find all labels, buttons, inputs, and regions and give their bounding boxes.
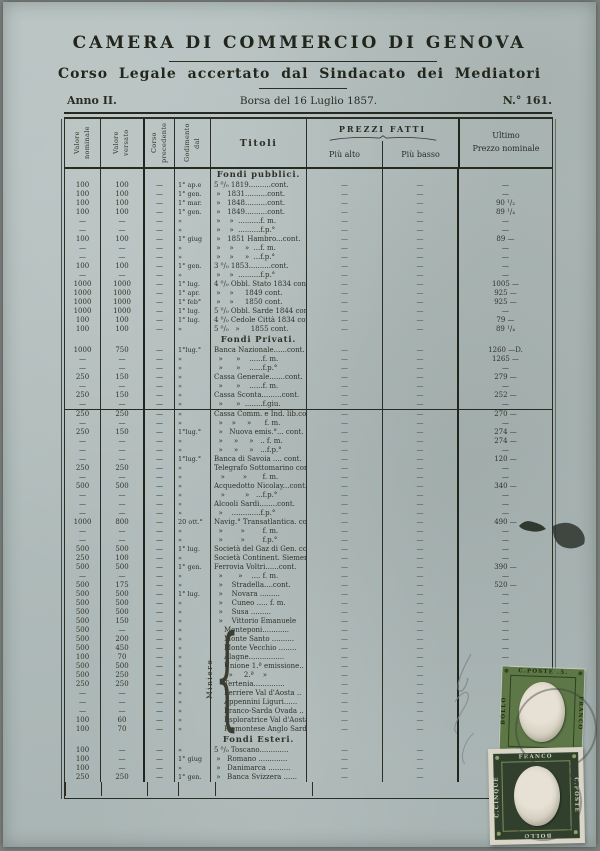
table-row: 100100—1° giug » 1851 Hambro...cont.——89… xyxy=(65,235,552,244)
cell-valore-versato: 100 xyxy=(101,190,145,199)
cell-ultimo: 252 — xyxy=(459,391,552,400)
table-row: 250250—»Telegrafo Sottomarino cont.——— xyxy=(65,464,552,473)
cell-titolo: Acquedotto Nicolay...cont. xyxy=(211,482,307,491)
table-row: 100100—1° ap.e5 ⁰/₀ 1819..........cont.—… xyxy=(65,181,552,190)
cell-godimento: 1° ap.e xyxy=(175,181,211,190)
cell-piu-basso: — xyxy=(383,716,459,725)
cell-valore-versato: — xyxy=(101,446,145,455)
cell-piu-alto: — xyxy=(307,190,383,199)
cell-godimento: » xyxy=(175,581,211,590)
cell-valore-versato: 1000 xyxy=(101,280,145,289)
cell-valore-versato: — xyxy=(101,707,145,716)
cell-ultimo: — xyxy=(459,253,552,262)
cell-valore-nominale: 100 xyxy=(65,755,101,764)
cell-corso-precedente: — xyxy=(145,554,175,563)
cell-titolo: Piemontese Anglo Sarda xyxy=(211,725,307,734)
cell-valore-versato: — xyxy=(101,500,145,509)
cell-titolo: » » » .. f. m. xyxy=(211,437,307,446)
table-row: 500——»Monteponi............——— xyxy=(65,626,552,635)
stamp-bottom-inscription: BOLLO xyxy=(495,831,580,839)
cell-corso-precedente: — xyxy=(145,671,175,680)
table-row: 10070—»Alagne................——— xyxy=(65,653,552,662)
cell-valore-nominale: 100 xyxy=(65,725,101,734)
cell-valore-versato: 250 xyxy=(101,773,145,782)
cell-valore-nominale: 100 xyxy=(65,716,101,725)
cell-godimento: » xyxy=(175,244,211,253)
cell-godimento: 1° mar. xyxy=(175,199,211,208)
cell-piu-alto: — xyxy=(307,581,383,590)
cell-valore-nominale: 250 xyxy=(65,410,101,419)
cell-piu-alto: — xyxy=(307,199,383,208)
cell-titolo: » » ......f. m. xyxy=(211,355,307,364)
cell-piu-basso: — xyxy=(383,635,459,644)
table-body: Fondi pubblici.100100—1° ap.e5 ⁰/₀ 1819.… xyxy=(65,169,552,782)
cell-valore-nominale: 100 xyxy=(65,208,101,217)
cell-valore-versato: 250 xyxy=(101,464,145,473)
cell-valore-nominale: 1000 xyxy=(65,289,101,298)
page-subtitle: Corso Legale accertato dal Sindacato dei… xyxy=(3,66,596,82)
cell-piu-basso: — xyxy=(383,364,459,373)
cell-godimento: » xyxy=(175,253,211,262)
cell-godimento: » xyxy=(175,500,211,509)
col-header-label: Godimento dal xyxy=(183,121,203,165)
cell-ultimo: 1265 — xyxy=(459,355,552,364)
cell-ultimo: — xyxy=(459,599,552,608)
cell-piu-basso xyxy=(383,169,459,181)
cell-valore-versato: 750 xyxy=(101,346,145,355)
cell-valore-versato: — xyxy=(101,271,145,280)
cell-ultimo: — xyxy=(459,262,552,271)
cell-valore-nominale: — xyxy=(65,509,101,518)
table-row: 10001000—1° feb° » » 1850 cont.——925 — xyxy=(65,298,552,307)
cell-piu-basso: — xyxy=(383,689,459,698)
cell-piu-basso: — xyxy=(383,572,459,581)
cell-piu-basso: — xyxy=(383,644,459,653)
cell-valore-nominale: — xyxy=(65,455,101,464)
cell-corso-precedente: — xyxy=(145,473,175,482)
cell-titolo: Alcooli Sardi........cont. xyxy=(211,500,307,509)
cell-godimento: » xyxy=(175,226,211,235)
cell-titolo: 4 ⁰/₀ Cedole Città 1834 cont. xyxy=(211,316,307,325)
cell-piu-alto: — xyxy=(307,382,383,391)
cell-titolo: Ferrovia Voltri......cont. xyxy=(211,563,307,572)
cell-valore-nominale: — xyxy=(65,707,101,716)
cell-corso-precedente: — xyxy=(145,773,175,782)
ultimo-line2: Prezzo nominale xyxy=(472,143,539,156)
cell-titolo: » .............f.p.° xyxy=(211,509,307,518)
cell-piu-alto: — xyxy=(307,653,383,662)
cell-godimento: » xyxy=(175,527,211,536)
cell-ultimo: — xyxy=(459,590,552,599)
cell-corso-precedente: — xyxy=(145,746,175,755)
cell-godimento: 1° lug. xyxy=(175,316,211,325)
table-row: 500500—» » Susa .........——— xyxy=(65,608,552,617)
cell-valore-versato: — xyxy=(101,382,145,391)
cell-valore-versato: 100 xyxy=(101,235,145,244)
cell-ultimo: — xyxy=(459,244,552,253)
table-row: 100100—1° lug.4 ⁰/₀ Cedole Città 1834 co… xyxy=(65,316,552,325)
cell-corso-precedente: — xyxy=(145,680,175,689)
cell-valore-nominale: 100 xyxy=(65,653,101,662)
cell-valore-nominale: 250 xyxy=(65,680,101,689)
cell-ultimo: 274 — xyxy=(459,437,552,446)
cell-corso-precedente: — xyxy=(145,271,175,280)
ultimo-line1: Ultimo xyxy=(492,130,519,143)
cell-piu-basso: — xyxy=(383,253,459,262)
cell-piu-alto: — xyxy=(307,764,383,773)
cell-piu-alto: — xyxy=(307,364,383,373)
cell-ultimo: — xyxy=(459,217,552,226)
cell-titolo: » Danimarca .......... xyxy=(211,764,307,773)
cell-piu-basso: — xyxy=(383,473,459,482)
cell-valore-versato: — xyxy=(101,217,145,226)
cell-valore-nominale: — xyxy=(65,253,101,262)
cell-piu-alto xyxy=(307,169,383,181)
table-row: 250150—»Cassa Generale.......cont.——279 … xyxy=(65,373,552,382)
cell-piu-basso: — xyxy=(383,307,459,316)
cell-titolo: Cassa Sconta.........cont. xyxy=(211,391,307,400)
cell-valore-nominale: 500 xyxy=(65,626,101,635)
cell-titolo: 5 ⁰/₀ Toscano............. xyxy=(211,746,307,755)
cell-corso-precedente: — xyxy=(145,373,175,382)
cell-piu-basso: — xyxy=(383,707,459,716)
col-header-valore-nominale: Valore nominale xyxy=(65,119,101,167)
cell-piu-basso: — xyxy=(383,373,459,382)
cell-godimento: 1°lug.° xyxy=(175,428,211,437)
cell-valore-nominale: 1000 xyxy=(65,518,101,527)
cell-godimento xyxy=(175,734,211,746)
table-row: ———»Franco-Sarda Ovada ..——— xyxy=(65,707,552,716)
cell-valore-nominale: 100 xyxy=(65,235,101,244)
cell-corso-precedente: — xyxy=(145,262,175,271)
cell-piu-basso: — xyxy=(383,518,459,527)
cell-valore-versato: — xyxy=(101,491,145,500)
cell-corso-precedente: — xyxy=(145,419,175,428)
cell-valore-nominale: 1000 xyxy=(65,346,101,355)
cell-piu-basso: — xyxy=(383,382,459,391)
cell-piu-alto: — xyxy=(307,755,383,764)
cell-valore-nominale: 500 xyxy=(65,671,101,680)
cell-corso-precedente: — xyxy=(145,599,175,608)
cell-piu-alto: — xyxy=(307,680,383,689)
cell-piu-alto: — xyxy=(307,455,383,464)
cell-ultimo: — xyxy=(459,473,552,482)
col-header-titoli: Titoli xyxy=(211,119,307,167)
cell-valore-nominale: 500 xyxy=(65,644,101,653)
cell-titolo: Cassa Comm. e Ind. lib.cont. xyxy=(211,410,307,419)
cell-piu-basso: — xyxy=(383,400,459,409)
cell-godimento: » xyxy=(175,464,211,473)
cell-godimento: 20 ott.° xyxy=(175,518,211,527)
table-row: 10001000—1° lug.4 ⁰/₀ Obbl. Stato 1834 c… xyxy=(65,280,552,289)
cell-ultimo: — xyxy=(459,500,552,509)
cell-ultimo: — xyxy=(459,617,552,626)
cell-titolo: Fondi pubblici. xyxy=(211,169,307,181)
cell-piu-alto: — xyxy=(307,464,383,473)
table-row: 100——1° giug » Romano .............——— xyxy=(65,755,552,764)
cell-piu-alto: — xyxy=(307,689,383,698)
cell-piu-basso: — xyxy=(383,289,459,298)
table-row: ———»Appennini Liguri......——— xyxy=(65,698,552,707)
cell-valore-versato: 250 xyxy=(101,671,145,680)
cell-titolo: Appennini Liguri...... xyxy=(211,698,307,707)
col-header-godimento: Godimento dal xyxy=(175,119,211,167)
cell-titolo: » 1849..........cont. xyxy=(211,208,307,217)
col-header-ultimo: Ultimo Prezzo nominale xyxy=(460,119,552,167)
cell-valore-nominale: 500 xyxy=(65,563,101,572)
table-row: ———» » » f. m.——— xyxy=(65,473,552,482)
cell-piu-alto: — xyxy=(307,707,383,716)
cell-corso-precedente: — xyxy=(145,400,175,409)
table-row: ———1°lug.°Banca di Savoia .... cont.——12… xyxy=(65,455,552,464)
table-row: 500500—»Unione 1.ª emissione..——— xyxy=(65,662,552,671)
cell-ultimo: — xyxy=(459,572,552,581)
table-row: ———» » .............f.p.°——— xyxy=(65,509,552,518)
cell-godimento: » xyxy=(175,482,211,491)
table-row: 500500—»Acquedotto Nicolay...cont.——340 … xyxy=(65,482,552,491)
cell-valore-nominale: 100 xyxy=(65,262,101,271)
cell-valore-versato: — xyxy=(101,400,145,409)
cell-valore-nominale: 250 xyxy=(65,464,101,473)
cell-godimento: » xyxy=(175,325,211,334)
cell-ultimo: 520 — xyxy=(459,581,552,590)
cell-piu-alto: — xyxy=(307,280,383,289)
table-row: ———» » » ...f.p.°——— xyxy=(65,491,552,500)
cell-corso-precedente: — xyxy=(145,572,175,581)
cell-godimento: 1° gen. xyxy=(175,190,211,199)
table-row: 500500—» » Cuneo ..... f. m.——— xyxy=(65,599,552,608)
prezzi-subheaders: Più alto Più basso xyxy=(307,141,458,167)
cell-piu-basso: — xyxy=(383,262,459,271)
cell-piu-basso: — xyxy=(383,482,459,491)
cell-valore-versato: 1000 xyxy=(101,307,145,316)
cell-titolo: » » .... f. m. xyxy=(211,572,307,581)
ink-smudge xyxy=(553,523,585,549)
cell-titolo: Franco-Sarda Ovada .. xyxy=(211,707,307,716)
cell-piu-alto: — xyxy=(307,590,383,599)
cell-valore-versato: 150 xyxy=(101,391,145,400)
cell-godimento: 1° feb° xyxy=(175,298,211,307)
cell-piu-alto: — xyxy=(307,773,383,782)
cell-valore-nominale: 500 xyxy=(65,545,101,554)
cell-ultimo: 89 ¹/₄ xyxy=(459,208,552,217)
cell-corso-precedente: — xyxy=(145,325,175,334)
issue-number: N.° 161. xyxy=(503,94,552,107)
cell-piu-alto: — xyxy=(307,346,383,355)
cell-titolo: » Cuneo ..... f. m. xyxy=(211,599,307,608)
stamp-right-inscription: C.POSTE xyxy=(572,752,580,838)
cell-valore-versato: — xyxy=(101,419,145,428)
cell-ultimo: 89 ¹/₄ xyxy=(459,325,552,334)
table-row: ———»Alcooli Sardi........cont.——— xyxy=(65,500,552,509)
cell-piu-alto: — xyxy=(307,617,383,626)
cell-titolo: Fondi Esteri. xyxy=(211,734,307,746)
cell-valore-nominale: — xyxy=(65,226,101,235)
cell-piu-alto xyxy=(307,334,383,346)
cell-corso-precedente: — xyxy=(145,446,175,455)
cell-piu-basso xyxy=(383,334,459,346)
table-row: 250250—»Tertenia..............——— xyxy=(65,680,552,689)
cell-valore-versato: 100 xyxy=(101,181,145,190)
cell-titolo: » Vittorio Emanuele xyxy=(211,617,307,626)
cell-corso-precedente: — xyxy=(145,428,175,437)
cell-titolo: » » 1850 cont. xyxy=(211,298,307,307)
cell-valore-versato: 100 xyxy=(101,316,145,325)
cell-piu-alto: — xyxy=(307,262,383,271)
cell-piu-alto: — xyxy=(307,253,383,262)
cell-godimento: » xyxy=(175,391,211,400)
cell-valore-nominale: 250 xyxy=(65,428,101,437)
cell-valore-versato: 500 xyxy=(101,608,145,617)
cell-corso-precedente: — xyxy=(145,316,175,325)
table-row: 10070—»Piemontese Anglo Sarda——— xyxy=(65,725,552,734)
cell-valore-versato: 500 xyxy=(101,590,145,599)
cell-piu-basso: — xyxy=(383,662,459,671)
cell-valore-nominale: — xyxy=(65,572,101,581)
cell-valore-nominale: — xyxy=(65,400,101,409)
cell-corso-precedente: — xyxy=(145,437,175,446)
cell-corso-precedente: — xyxy=(145,653,175,662)
cell-godimento: » xyxy=(175,382,211,391)
cell-corso-precedente: — xyxy=(145,289,175,298)
cell-godimento: » xyxy=(175,271,211,280)
cell-titolo: 5 ⁰/₀ » 1855 cont. xyxy=(211,325,307,334)
cell-corso-precedente: — xyxy=(145,755,175,764)
cell-piu-alto: — xyxy=(307,437,383,446)
cell-valore-versato: 100 xyxy=(101,199,145,208)
cell-valore-nominale: 500 xyxy=(65,617,101,626)
cell-godimento: » xyxy=(175,572,211,581)
cell-ultimo: 270 — xyxy=(459,410,552,419)
cell-valore-nominale: 100 xyxy=(65,764,101,773)
cell-piu-alto: — xyxy=(307,500,383,509)
cell-piu-basso: — xyxy=(383,181,459,190)
cell-ultimo: 390 — xyxy=(459,563,552,572)
cell-titolo: Ferriere Val d'Aosta .. xyxy=(211,689,307,698)
cell-valore-nominale: — xyxy=(65,446,101,455)
cell-ultimo: — xyxy=(459,400,552,409)
cell-ultimo: 1005 — xyxy=(459,280,552,289)
col-header-prezzi-fatti: PREZZI FATTI Più alto Più basso xyxy=(307,119,460,167)
cell-titolo: 4 ⁰/₀ Obbl. Stato 1834 cont. xyxy=(211,280,307,289)
issue-info-row: Anno II. Borsa del 16 Luglio 1857. N.° 1… xyxy=(65,94,552,110)
cell-piu-basso: — xyxy=(383,199,459,208)
cell-valore-nominale: — xyxy=(65,355,101,364)
cell-valore-nominale: — xyxy=(65,491,101,500)
cell-valore-versato: 175 xyxy=(101,581,145,590)
cell-ultimo: — xyxy=(459,464,552,473)
cell-valore-nominale: 100 xyxy=(65,316,101,325)
cell-ultimo: — xyxy=(459,554,552,563)
cell-piu-basso: — xyxy=(383,298,459,307)
cell-piu-basso: — xyxy=(383,653,459,662)
table-row: 100100—»5 ⁰/₀ » 1855 cont.——89 ¹/₄ xyxy=(65,325,552,334)
cell-corso-precedente: — xyxy=(145,464,175,473)
table-row: ———» » » .... f. m.——— xyxy=(65,572,552,581)
stub-line xyxy=(101,782,102,796)
cell-valore-nominale: — xyxy=(65,536,101,545)
cell-valore-versato xyxy=(101,734,145,746)
cell-piu-basso: — xyxy=(383,190,459,199)
table-row: ———» » » ........f.giu.——— xyxy=(65,400,552,409)
cell-piu-alto: — xyxy=(307,410,383,419)
cell-corso-precedente: — xyxy=(145,208,175,217)
cell-valore-versato: 70 xyxy=(101,653,145,662)
cell-godimento: 1°lug.° xyxy=(175,346,211,355)
cell-valore-versato: — xyxy=(101,536,145,545)
header-divider xyxy=(64,112,552,114)
cell-valore-versato: — xyxy=(101,355,145,364)
cell-ultimo: — xyxy=(459,382,552,391)
cell-ultimo: — xyxy=(459,545,552,554)
cell-valore-versato: — xyxy=(101,572,145,581)
cell-titolo: » » » f. m. xyxy=(211,419,307,428)
col-header-valore-versato: Valore versato xyxy=(101,119,145,167)
cell-ultimo: — xyxy=(459,644,552,653)
cell-piu-basso: — xyxy=(383,764,459,773)
cell-titolo: » » f.p.° xyxy=(211,536,307,545)
cell-piu-alto: — xyxy=(307,181,383,190)
cell-godimento: » xyxy=(175,419,211,428)
cell-corso-precedente: — xyxy=(145,391,175,400)
cell-corso-precedente: — xyxy=(145,455,175,464)
cell-valore-nominale: 500 xyxy=(65,581,101,590)
cell-valore-versato: — xyxy=(101,253,145,262)
cell-godimento: » xyxy=(175,536,211,545)
cell-ultimo: — xyxy=(459,509,552,518)
cell-piu-basso: — xyxy=(383,725,459,734)
cell-titolo: » » » ...f. m. xyxy=(211,244,307,253)
cell-valore-versato: 200 xyxy=(101,635,145,644)
cell-piu-basso: — xyxy=(383,755,459,764)
table-row: 10060—»Esploratrice Val d'Aosta——— xyxy=(65,716,552,725)
cell-corso-precedente: — xyxy=(145,545,175,554)
cell-titolo: Esploratrice Val d'Aosta xyxy=(211,716,307,725)
cell-ultimo: — xyxy=(459,226,552,235)
cell-piu-basso: — xyxy=(383,410,459,419)
cell-titolo: » Romano ............. xyxy=(211,755,307,764)
cell-godimento: » xyxy=(175,764,211,773)
cell-piu-basso: — xyxy=(383,527,459,536)
cell-piu-alto: — xyxy=(307,226,383,235)
table-row: 500250—» » 2.ª »——— xyxy=(65,671,552,680)
cell-valore-versato: 100 xyxy=(101,208,145,217)
cell-corso-precedente xyxy=(145,334,175,346)
postage-stamp-dark: FRANCO BOLLO C.CINQUE C.POSTE xyxy=(493,752,580,840)
cell-titolo: Monte Vecchio ........ xyxy=(211,644,307,653)
cell-godimento: 1° gen. xyxy=(175,208,211,217)
cell-piu-alto xyxy=(307,734,383,746)
cell-piu-alto: — xyxy=(307,391,383,400)
table-bottom-stubs xyxy=(65,782,552,798)
table-row: 100——»5 ⁰/₀ Toscano.............——— xyxy=(65,746,552,755)
cell-piu-basso: — xyxy=(383,509,459,518)
prezzi-fatti-label: PREZZI FATTI xyxy=(339,124,426,134)
cell-valore-nominale: — xyxy=(65,419,101,428)
table-row: 500500—1° gen.Ferrovia Voltri......cont.… xyxy=(65,563,552,572)
cell-piu-alto: — xyxy=(307,491,383,500)
cell-ultimo: — xyxy=(459,635,552,644)
cell-godimento: 1° lug. xyxy=(175,545,211,554)
cell-piu-basso: — xyxy=(383,563,459,572)
cell-titolo: » Novara ......... xyxy=(211,590,307,599)
cell-piu-alto: — xyxy=(307,355,383,364)
cell-corso-precedente: — xyxy=(145,590,175,599)
cell-piu-basso: — xyxy=(383,464,459,473)
col-header-piu-basso: Più basso xyxy=(383,150,458,159)
cell-piu-basso: — xyxy=(383,500,459,509)
cell-piu-basso: — xyxy=(383,590,459,599)
